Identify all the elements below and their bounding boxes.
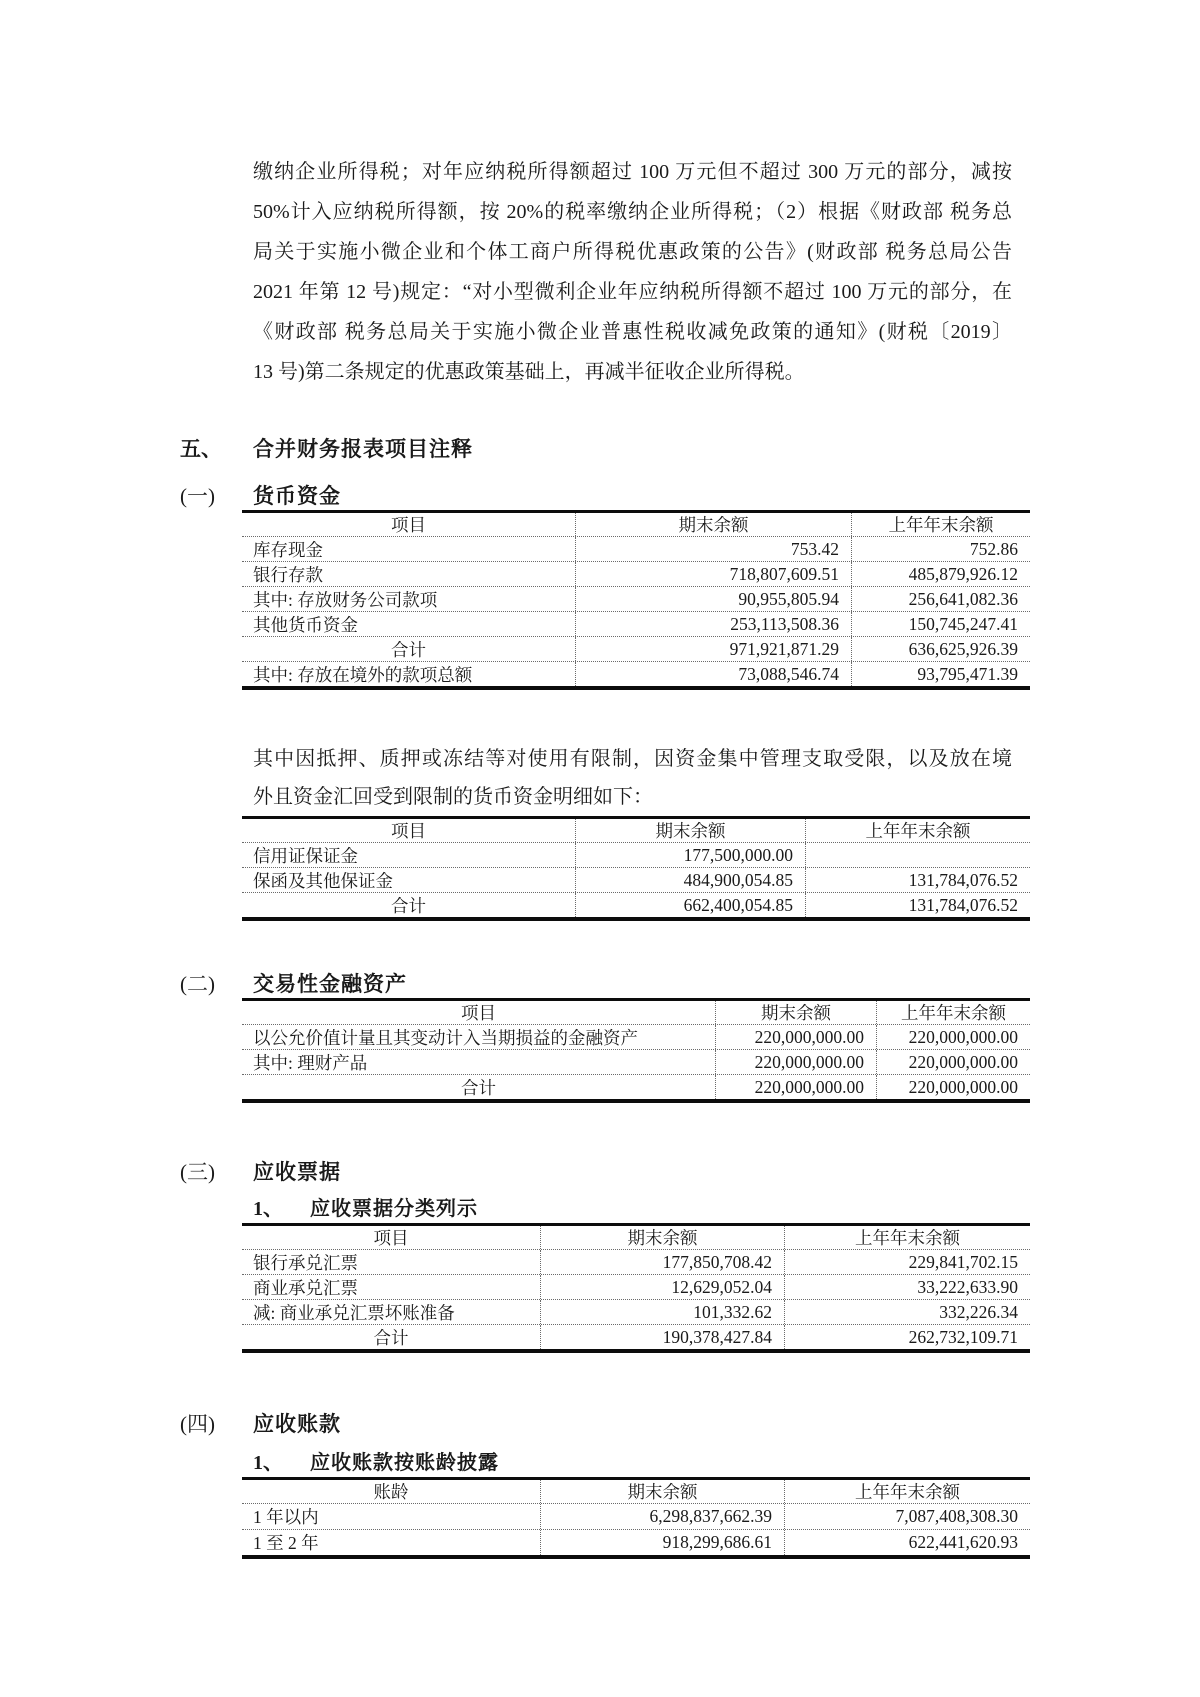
closing-balance: 971,921,871.29 <box>575 637 851 661</box>
closing-balance: 220,000,000.00 <box>715 1075 876 1099</box>
paragraph-line: 2021 年第 12 号)规定：“对小型微利企业年应纳税所得额不超过 100 万… <box>253 272 1012 312</box>
column-header-prior: 上年年末余额 <box>851 513 1030 536</box>
table-row: 其他货币资金 253,113,508.36 150,745,247.41 <box>242 612 1030 637</box>
table-row: 银行承兑汇票 177,850,708.42 229,841,702.15 <box>242 1250 1030 1275</box>
closing-balance: 177,500,000.00 <box>575 843 805 867</box>
column-header-item: 项目 <box>242 1226 540 1249</box>
total-label: 合计 <box>242 637 575 661</box>
row-label: 其中: 存放在境外的款项总额 <box>242 662 575 686</box>
table-header-row: 项目 期末余额 上年年末余额 <box>242 1226 1030 1250</box>
section-heading-notes: 五、 合并财务报表项目注释 <box>180 436 1200 464</box>
section-heading-trading-assets: (二) 交易性金融资产 <box>180 970 1200 998</box>
total-label: 合计 <box>242 1325 540 1349</box>
column-header-closing: 期末余额 <box>575 513 851 536</box>
section-number: (四) <box>180 1410 253 1438</box>
table-header-row: 账龄 期末余额 上年年末余额 <box>242 1480 1030 1504</box>
trading-assets-table: 项目 期末余额 上年年末余额 以公允价值计量且其变动计入当期损益的金融资产 22… <box>242 998 1030 1103</box>
section-title: 交易性金融资产 <box>253 971 407 999</box>
prior-balance: 131,784,076.52 <box>805 893 1030 917</box>
column-header-item: 项目 <box>242 513 575 536</box>
row-label: 保函及其他保证金 <box>242 868 575 892</box>
table-row: 1 年以内 6,298,837,662.39 7,087,408,308.30 <box>242 1504 1030 1530</box>
prior-balance: 220,000,000.00 <box>876 1075 1030 1099</box>
closing-balance: 253,113,508.36 <box>575 612 851 636</box>
section-heading-notes-receivable: (三) 应收票据 <box>180 1158 1200 1186</box>
row-label: 1 至 2 年 <box>242 1530 540 1555</box>
table-row: 商业承兑汇票 12,629,052.04 33,222,633.90 <box>242 1275 1030 1300</box>
prior-balance: 636,625,926.39 <box>851 637 1030 661</box>
section-title: 应收票据 <box>253 1159 341 1187</box>
closing-balance: 220,000,000.00 <box>715 1025 876 1049</box>
row-label: 银行存款 <box>242 562 575 586</box>
prior-balance: 150,745,247.41 <box>851 612 1030 636</box>
report-page: 缴纳企业所得税；对年应纳税所得额超过 100 万元但不超过 300 万元的部分，… <box>0 0 1200 1559</box>
accounts-receivable-aging-table: 账龄 期末余额 上年年末余额 1 年以内 6,298,837,662.39 7,… <box>242 1477 1030 1559</box>
prior-balance: 752.86 <box>851 537 1030 561</box>
section-number: (二) <box>180 970 253 998</box>
column-header-aging: 账龄 <box>242 1480 540 1503</box>
column-header-prior: 上年年末余额 <box>784 1480 1030 1503</box>
total-label: 合计 <box>242 893 575 917</box>
prior-balance: 7,087,408,308.30 <box>784 1504 1030 1529</box>
table-row: 1 至 2 年 918,299,686.61 622,441,620.93 <box>242 1530 1030 1555</box>
column-header-prior: 上年年末余额 <box>805 819 1030 842</box>
prior-balance: 93,795,471.39 <box>851 662 1030 686</box>
subsection-number: 1、 <box>253 1449 310 1477</box>
section-title: 合并财务报表项目注释 <box>253 436 473 464</box>
row-label: 以公允价值计量且其变动计入当期损益的金融资产 <box>242 1025 715 1049</box>
row-label: 其他货币资金 <box>242 612 575 636</box>
notes-receivable-table: 项目 期末余额 上年年末余额 银行承兑汇票 177,850,708.42 229… <box>242 1223 1030 1353</box>
restricted-funds-table: 项目 期末余额 上年年末余额 信用证保证金 177,500,000.00 保函及… <box>242 816 1030 921</box>
section-number: (三) <box>180 1158 253 1186</box>
table-row: 减: 商业承兑汇票坏账准备 101,332.62 332,226.34 <box>242 1300 1030 1325</box>
row-label: 信用证保证金 <box>242 843 575 867</box>
subsection-heading-aging-disclosure: 1、 应收账款按账龄披露 <box>253 1449 1200 1477</box>
table-total-row: 合计 971,921,871.29 636,625,926.39 <box>242 637 1030 662</box>
prior-balance: 262,732,109.71 <box>784 1325 1030 1349</box>
restricted-funds-paragraph: 其中因抵押、质押或冻结等对使用有限制，因资金集中管理支取受限，以及放在境 外且资… <box>253 740 1012 816</box>
closing-balance: 12,629,052.04 <box>540 1275 784 1299</box>
section-heading-monetary-funds: (一) 货币资金 <box>180 482 1200 510</box>
column-header-closing: 期末余额 <box>540 1480 784 1503</box>
table-total-row: 合计 220,000,000.00 220,000,000.00 <box>242 1075 1030 1099</box>
column-header-closing: 期末余额 <box>575 819 805 842</box>
column-header-item: 项目 <box>242 819 575 842</box>
monetary-funds-table: 项目 期末余额 上年年末余额 库存现金 753.42 752.86 银行存款 7… <box>242 510 1030 690</box>
section-title: 货币资金 <box>253 483 341 511</box>
closing-balance: 177,850,708.42 <box>540 1250 784 1274</box>
table-total-row: 合计 662,400,054.85 131,784,076.52 <box>242 893 1030 917</box>
section-number: 五、 <box>180 436 253 464</box>
row-label: 商业承兑汇票 <box>242 1275 540 1299</box>
column-header-closing: 期末余额 <box>715 1001 876 1024</box>
paragraph-line: 其中因抵押、质押或冻结等对使用有限制，因资金集中管理支取受限，以及放在境 <box>253 740 1012 778</box>
closing-balance: 73,088,546.74 <box>575 662 851 686</box>
section-number: (一) <box>180 482 253 510</box>
table-row: 库存现金 753.42 752.86 <box>242 537 1030 562</box>
prior-balance: 33,222,633.90 <box>784 1275 1030 1299</box>
table-row: 保函及其他保证金 484,900,054.85 131,784,076.52 <box>242 868 1030 893</box>
table-row: 其中: 理财产品 220,000,000.00 220,000,000.00 <box>242 1050 1030 1075</box>
closing-balance: 753.42 <box>575 537 851 561</box>
column-header-prior: 上年年末余额 <box>876 1001 1030 1024</box>
closing-balance: 190,378,427.84 <box>540 1325 784 1349</box>
table-header-row: 项目 期末余额 上年年末余额 <box>242 819 1030 843</box>
tax-policy-paragraph: 缴纳企业所得税；对年应纳税所得额超过 100 万元但不超过 300 万元的部分，… <box>253 152 1012 392</box>
paragraph-line: 50%计入应纳税所得额，按 20%的税率缴纳企业所得税；（2）根据《财政部 税务… <box>253 192 1012 232</box>
table-row: 其中: 存放在境外的款项总额 73,088,546.74 93,795,471.… <box>242 662 1030 686</box>
subsection-title: 应收账款按账龄披露 <box>310 1449 499 1477</box>
prior-balance: 220,000,000.00 <box>876 1050 1030 1074</box>
table-row: 其中: 存放财务公司款项 90,955,805.94 256,641,082.3… <box>242 587 1030 612</box>
row-label: 减: 商业承兑汇票坏账准备 <box>242 1300 540 1324</box>
closing-balance: 484,900,054.85 <box>575 868 805 892</box>
row-label: 1 年以内 <box>242 1504 540 1529</box>
paragraph-line: 局关于实施小微企业和个体工商户所得税优惠政策的公告》(财政部 税务总局公告 <box>253 232 1012 272</box>
paragraph-line: 外且资金汇回受到限制的货币资金明细如下： <box>253 778 1012 816</box>
column-header-closing: 期末余额 <box>540 1226 784 1249</box>
column-header-item: 项目 <box>242 1001 715 1024</box>
paragraph-line: 缴纳企业所得税；对年应纳税所得额超过 100 万元但不超过 300 万元的部分，… <box>253 152 1012 192</box>
table-row: 银行存款 718,807,609.51 485,879,926.12 <box>242 562 1030 587</box>
prior-balance: 256,641,082.36 <box>851 587 1030 611</box>
prior-balance <box>805 843 1030 867</box>
row-label: 其中: 存放财务公司款项 <box>242 587 575 611</box>
table-header-row: 项目 期末余额 上年年末余额 <box>242 513 1030 537</box>
column-header-prior: 上年年末余额 <box>784 1226 1030 1249</box>
closing-balance: 101,332.62 <box>540 1300 784 1324</box>
closing-balance: 90,955,805.94 <box>575 587 851 611</box>
subsection-heading-notes-classification: 1、 应收票据分类列示 <box>253 1195 1200 1223</box>
prior-balance: 485,879,926.12 <box>851 562 1030 586</box>
closing-balance: 718,807,609.51 <box>575 562 851 586</box>
closing-balance: 220,000,000.00 <box>715 1050 876 1074</box>
row-label: 银行承兑汇票 <box>242 1250 540 1274</box>
prior-balance: 332,226.34 <box>784 1300 1030 1324</box>
row-label: 库存现金 <box>242 537 575 561</box>
closing-balance: 662,400,054.85 <box>575 893 805 917</box>
table-header-row: 项目 期末余额 上年年末余额 <box>242 1001 1030 1025</box>
prior-balance: 622,441,620.93 <box>784 1530 1030 1555</box>
prior-balance: 229,841,702.15 <box>784 1250 1030 1274</box>
section-title: 应收账款 <box>253 1411 341 1439</box>
closing-balance: 6,298,837,662.39 <box>540 1504 784 1529</box>
subsection-number: 1、 <box>253 1195 310 1223</box>
paragraph-line: 13 号)第二条规定的优惠政策基础上，再减半征收企业所得税。 <box>253 352 1012 392</box>
prior-balance: 131,784,076.52 <box>805 868 1030 892</box>
prior-balance: 220,000,000.00 <box>876 1025 1030 1049</box>
table-row: 以公允价值计量且其变动计入当期损益的金融资产 220,000,000.00 22… <box>242 1025 1030 1050</box>
total-label: 合计 <box>242 1075 715 1099</box>
closing-balance: 918,299,686.61 <box>540 1530 784 1555</box>
row-label: 其中: 理财产品 <box>242 1050 715 1074</box>
table-total-row: 合计 190,378,427.84 262,732,109.71 <box>242 1325 1030 1349</box>
subsection-title: 应收票据分类列示 <box>310 1195 478 1223</box>
table-row: 信用证保证金 177,500,000.00 <box>242 843 1030 868</box>
paragraph-line: 《财政部 税务总局关于实施小微企业普惠性税收减免政策的通知》(财税〔2019〕 <box>253 312 1012 352</box>
section-heading-accounts-receivable: (四) 应收账款 <box>180 1410 1200 1438</box>
